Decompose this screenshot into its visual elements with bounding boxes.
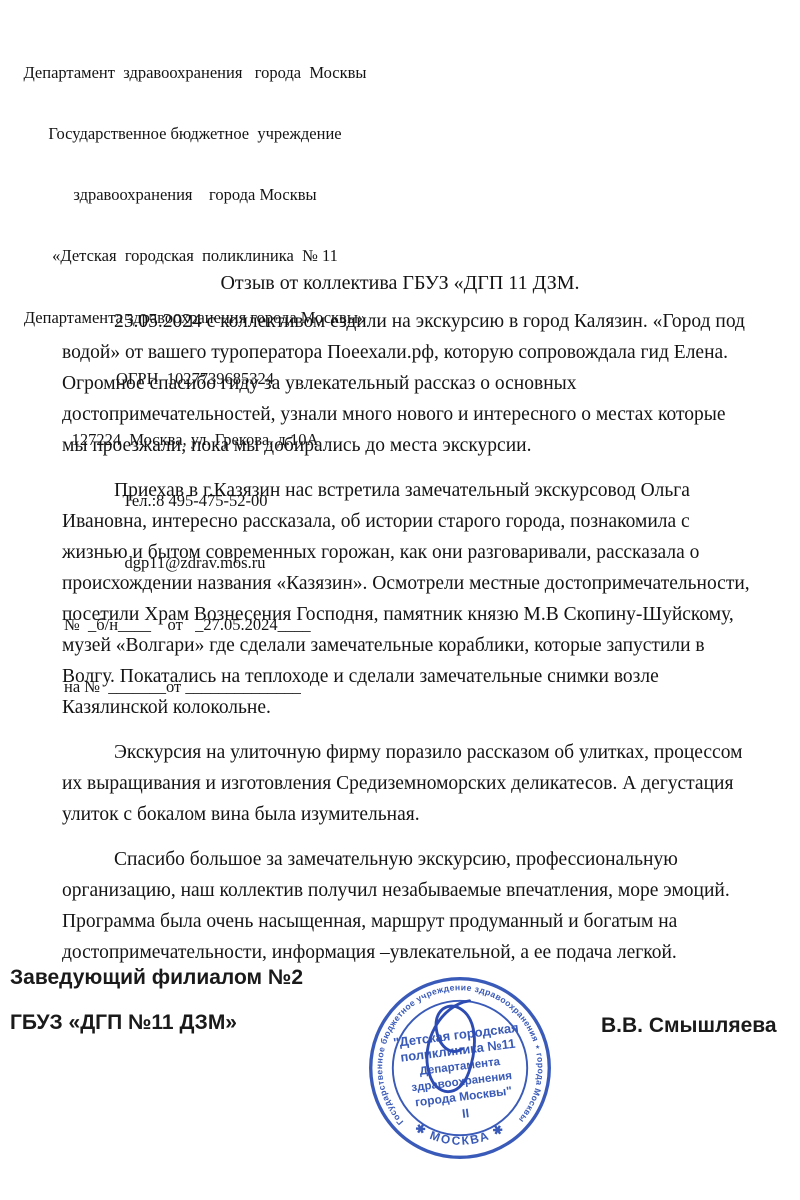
paragraph-trip-intro: 25.05.2024 с коллективом ездили на экску… [62, 306, 752, 461]
letter-page: Департамент здравоохранения города Москв… [0, 0, 800, 1200]
paragraph-city-tour: Приехав в г.Казязин нас встретила замеча… [62, 475, 752, 723]
stamp-bottom-text: ✱ МОСКВА ✱ [412, 1121, 507, 1148]
document-title: Отзыв от коллектива ГБУЗ «ДГП 11 ДЗМ. [0, 272, 800, 295]
signatory-name: В.В. Смышляева [601, 1014, 777, 1038]
letterhead-line-clinic-name: «Детская городская поликлиника № 11 [2, 246, 388, 266]
signatory-position-line-2: ГБУЗ «ДГП №11 ДЗМ» [10, 1011, 303, 1035]
letterhead-line-institution: Государственное бюджетное учреждение [2, 124, 388, 144]
official-stamp: Государственное бюджетное учреждение здр… [364, 972, 556, 1164]
letterhead-line-institution-2: здравоохранения города Москвы [2, 185, 388, 205]
letterhead-line-department: Департамент здравоохранения города Москв… [2, 63, 388, 83]
signatory-position-line-1: Заведующий филиалом №2 [10, 966, 303, 990]
paragraph-snail-farm: Экскурсия на улиточную фирму поразило ра… [62, 737, 752, 830]
stamp-center-line-6: II [461, 1106, 470, 1121]
stamp-graphic: Государственное бюджетное учреждение здр… [364, 972, 556, 1164]
paragraph-thanks: Спасибо большое за замечательную экскурс… [62, 844, 752, 968]
svg-text:✱ МОСКВА ✱: ✱ МОСКВА ✱ [412, 1121, 507, 1148]
letter-body: 25.05.2024 с коллективом ездили на экску… [62, 306, 752, 982]
signatory-block: Заведующий филиалом №2 ГБУЗ «ДГП №11 ДЗМ… [10, 966, 303, 1035]
